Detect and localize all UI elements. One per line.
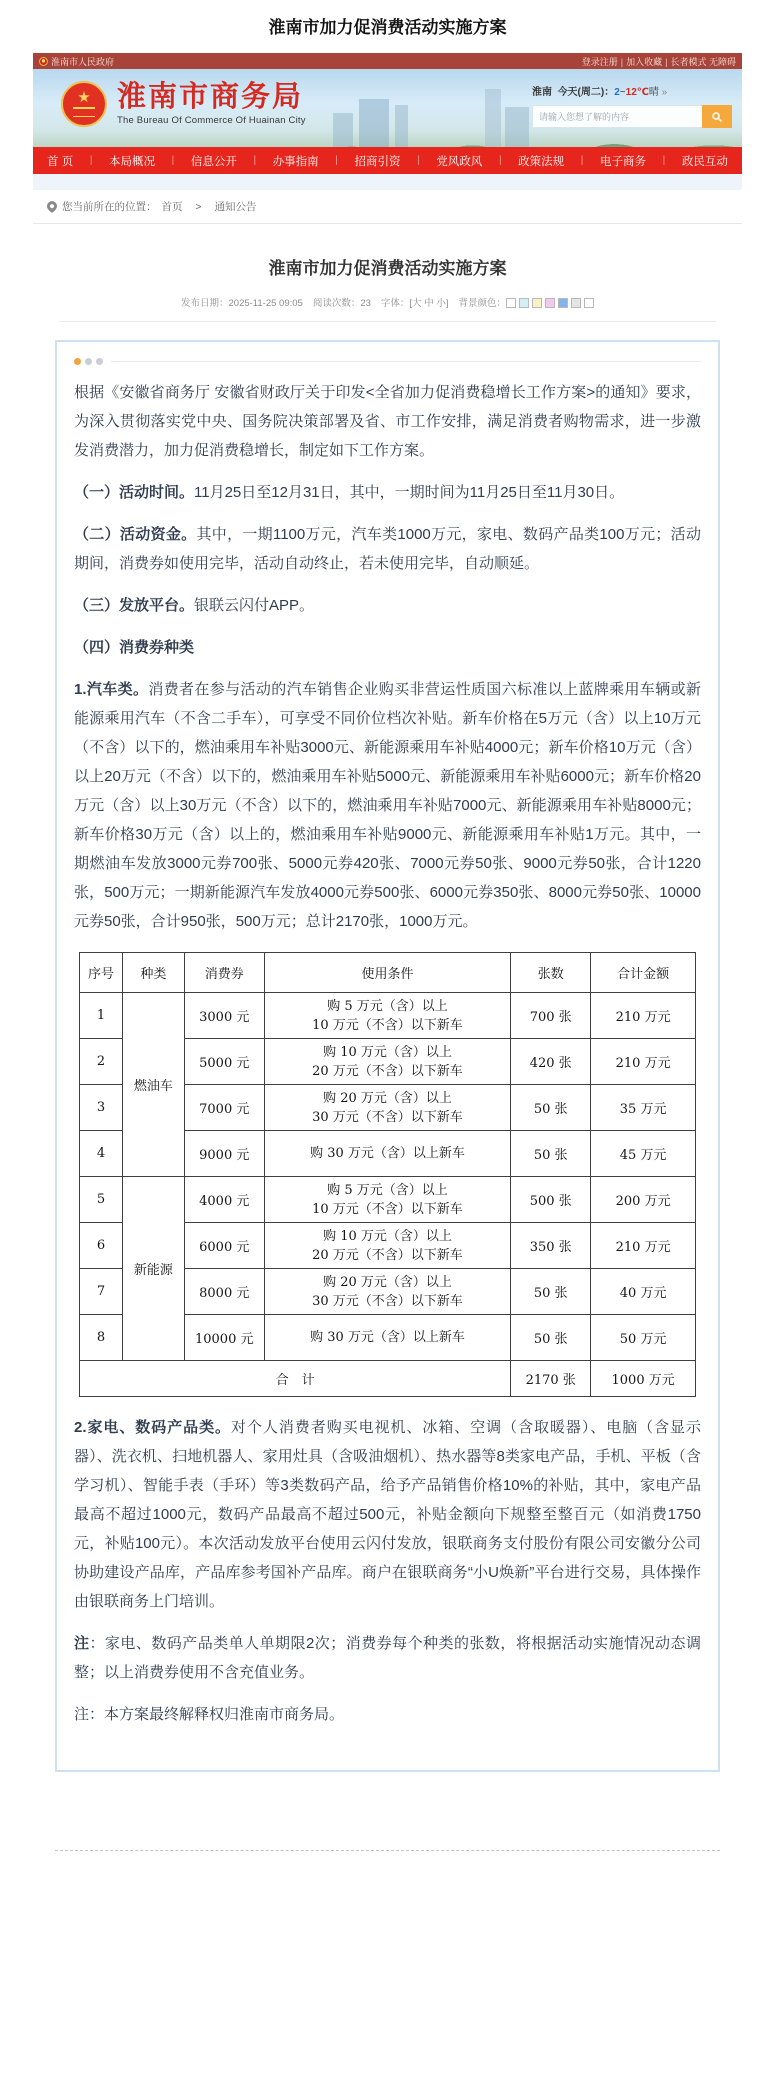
site-container: 淮南市人民政府 登录注册|加入收藏|长者模式 无障碍 ★ 淮南市商务局 The …	[33, 53, 742, 1884]
paragraph-lead: （三）发放平台。	[74, 597, 194, 614]
nav-separator: |	[172, 155, 175, 166]
col-header-condition: 使用条件	[264, 953, 510, 993]
article-content-box: 根据《安徽省商务厅 安徽省财政厅关于印发<全省加力促消费稳增长工作方案>的通知》…	[55, 340, 720, 1772]
cell-no: 8	[80, 1315, 123, 1361]
nav-item-party-conduct[interactable]: 党风政风	[432, 153, 486, 169]
bg-color-swatch[interactable]	[532, 298, 542, 308]
breadcrumb-current[interactable]: 通知公告	[214, 199, 256, 214]
national-emblem-icon: ★	[61, 81, 107, 127]
cell-no: 1	[80, 993, 123, 1039]
cell-count: 50 张	[511, 1085, 591, 1131]
topbar: 淮南市人民政府 登录注册|加入收藏|长者模式 无障碍	[33, 53, 742, 69]
nav-separator: |	[417, 155, 420, 166]
col-header-amount: 合计金额	[591, 953, 696, 993]
cell-count: 50 张	[511, 1269, 591, 1315]
breadcrumb-separator: >	[195, 201, 201, 213]
paragraph-section-4: （四）消费券种类	[74, 633, 701, 662]
nav-item-ecommerce[interactable]: 电子商务	[596, 153, 650, 169]
article-card: 您当前所在的位置：首页 > 通知公告 淮南市加力促消费活动实施方案 发布日期：2…	[33, 190, 742, 1806]
paragraph-lead: （二）活动资金。	[74, 526, 196, 543]
weather-more-arrow[interactable]: »	[662, 87, 668, 98]
bg-color-swatches	[506, 298, 594, 308]
nav-separator: |	[663, 155, 666, 166]
cell-condition: 购 30 万元（含）以上新车	[264, 1315, 510, 1361]
search-input[interactable]	[532, 105, 702, 128]
breadcrumb-home[interactable]: 首页	[162, 199, 183, 214]
bg-color-swatch[interactable]	[571, 298, 581, 308]
footer-dashed-divider	[55, 1850, 720, 1884]
cell-count: 500 张	[511, 1177, 591, 1223]
cell-condition: 购 5 万元（含）以上10 万元（不含）以下新车	[264, 993, 510, 1039]
cell-condition: 购 20 万元（含）以上30 万元（不含）以下新车	[264, 1085, 510, 1131]
table-total-row: 合 计 2170 张 1000 万元	[80, 1361, 696, 1397]
paragraph-lead: 2.家电、数码产品类。	[74, 1419, 231, 1436]
cell-coupon: 3000 元	[184, 993, 264, 1039]
bg-color-swatch[interactable]	[558, 298, 568, 308]
col-header-count: 张数	[511, 953, 591, 993]
weather-label: 今天(周二)：	[558, 87, 615, 98]
font-size-label: 字体：	[381, 298, 410, 309]
cell-no: 2	[80, 1039, 123, 1085]
weather-high-temp: 12℃	[626, 87, 649, 98]
col-header-no: 序号	[80, 953, 123, 993]
search-icon	[711, 111, 723, 123]
paragraph-intro: 根据《安徽省商务厅 安徽省财政厅关于印发<全省加力促消费稳增长工作方案>的通知》…	[74, 378, 701, 465]
page-title: 淮南市加力促消费活动实施方案	[0, 0, 775, 53]
view-count: 23	[360, 298, 371, 309]
cell-no: 4	[80, 1131, 123, 1177]
bg-color-label: 背景颜色：	[458, 298, 506, 309]
bg-color-swatch[interactable]	[584, 298, 594, 308]
nav-separator: |	[90, 155, 93, 166]
cell-condition: 购 30 万元（含）以上新车	[264, 1131, 510, 1177]
paragraph-lead: （四）消费券种类	[74, 639, 194, 656]
cell-amount: 35 万元	[591, 1085, 696, 1131]
paragraph-auto-category: 1.汽车类。消费者在参与活动的汽车销售企业购买非营运性质国六标准以上蓝牌乘用车辆…	[74, 675, 701, 936]
nav-separator: |	[253, 155, 256, 166]
weather-condition: 晴	[649, 87, 659, 98]
paragraph-lead: （一）活动时间。	[74, 484, 194, 501]
site-name-english: The Bureau Of Commerce Of Huainan City	[117, 115, 306, 126]
login-register-link[interactable]: 登录注册	[582, 57, 618, 67]
search-button[interactable]	[702, 105, 732, 128]
coupon-table: 序号 种类 消费券 使用条件 张数 合计金额 1 燃油车 3000 元	[79, 952, 696, 1397]
cell-amount: 50 万元	[591, 1315, 696, 1361]
dot-gray	[85, 358, 92, 365]
breadcrumb-prefix: 您当前所在的位置：	[62, 199, 157, 214]
cell-count: 350 张	[511, 1223, 591, 1269]
table-row: 1 燃油车 3000 元 购 5 万元（含）以上10 万元（不含）以下新车 70…	[80, 993, 696, 1039]
col-header-category: 种类	[123, 953, 185, 993]
cell-coupon: 6000 元	[184, 1223, 264, 1269]
paragraph-text: ：家电、数码产品类单人单期限2次；消费券每个种类的张数，将根据活动实施情况动态调…	[74, 1635, 701, 1681]
site-name: 淮南市商务局	[117, 82, 306, 112]
main-nav: 首 页| 本局概况| 信息公开| 办事指南| 招商引资| 党风政风| 政策法规|…	[33, 147, 742, 174]
paragraph-text: 对个人消费者购买电视机、冰箱、空调（含取暖器）、电脑（含显示器）、洗衣机、扫地机…	[74, 1419, 701, 1610]
cell-condition: 购 5 万元（含）以上10 万元（不含）以下新车	[264, 1177, 510, 1223]
publish-date: 2025-11-25 09:05	[229, 298, 303, 309]
site-banner: ★ 淮南市商务局 The Bureau Of Commerce Of Huain…	[33, 69, 742, 147]
article-meta: 发布日期：2025-11-25 09:05 阅读次数：23 字体：[大 中 小]…	[33, 295, 742, 309]
cell-count: 700 张	[511, 993, 591, 1039]
mini-emblem-icon	[39, 57, 48, 66]
dot-orange	[74, 358, 81, 365]
divider	[59, 321, 716, 322]
nav-separator: |	[499, 155, 502, 166]
cell-count: 50 张	[511, 1315, 591, 1361]
nav-separator: |	[581, 155, 584, 166]
favorite-link[interactable]: 加入收藏	[626, 57, 662, 67]
cell-category-newenergy: 新能源	[123, 1177, 185, 1361]
paragraph-text: 11月25日至12月31日，其中，一期时间为11月25日至11月30日。	[194, 484, 624, 501]
cell-coupon: 10000 元	[184, 1315, 264, 1361]
cell-amount: 200 万元	[591, 1177, 696, 1223]
paragraph-note-2: 注：本方案最终解释权归淮南市商务局。	[74, 1700, 701, 1729]
paragraph-lead: 1.汽车类。	[74, 681, 148, 698]
cell-total-label: 合 计	[80, 1361, 511, 1397]
location-pin-icon	[47, 201, 57, 213]
cell-condition: 购 10 万元（含）以上20 万元（不含）以下新车	[264, 1223, 510, 1269]
weather-widget[interactable]: 淮南 今天(周二)：2~12℃晴 »	[532, 83, 732, 98]
topbar-separator: |	[621, 57, 623, 67]
cell-coupon: 7000 元	[184, 1085, 264, 1131]
search-box	[532, 105, 732, 128]
decoration-line	[111, 361, 701, 362]
gov-portal-link[interactable]: 淮南市人民政府	[51, 55, 114, 68]
cell-total-count: 2170 张	[511, 1361, 591, 1397]
breadcrumb: 您当前所在的位置：首页 > 通知公告	[33, 190, 742, 224]
paragraph-appliance-category: 2.家电、数码产品类。对个人消费者购买电视机、冰箱、空调（含取暖器）、电脑（含显…	[74, 1413, 701, 1616]
cell-coupon: 8000 元	[184, 1269, 264, 1315]
cell-amount: 210 万元	[591, 1223, 696, 1269]
paragraph-section-2: （二）活动资金。其中，一期1100万元，汽车类1000万元，家电、数码产品类10…	[74, 520, 701, 578]
paragraph-text: 消费者在参与活动的汽车销售企业购买非营运性质国六标准以上蓝牌乘用车辆或新能源乘用…	[74, 681, 701, 930]
bg-color-swatch[interactable]	[519, 298, 529, 308]
cell-amount: 210 万元	[591, 1039, 696, 1085]
publish-date-label: 发布日期：	[181, 298, 229, 309]
cell-coupon: 5000 元	[184, 1039, 264, 1085]
bg-color-swatch[interactable]	[545, 298, 555, 308]
nav-item-home[interactable]: 首 页	[43, 153, 77, 169]
table-row: 5 新能源 4000 元 购 5 万元（含）以上10 万元（不含）以下新车 50…	[80, 1177, 696, 1223]
footer	[33, 1806, 742, 1884]
nav-item-investment[interactable]: 招商引资	[351, 153, 405, 169]
nav-item-policies[interactable]: 政策法规	[514, 153, 568, 169]
paragraph-note-1: 注：家电、数码产品类单人单期限2次；消费券每个种类的张数，将根据活动实施情况动态…	[74, 1629, 701, 1687]
topbar-separator: |	[665, 57, 667, 67]
cell-no: 3	[80, 1085, 123, 1131]
cell-amount: 210 万元	[591, 993, 696, 1039]
cell-amount: 40 万元	[591, 1269, 696, 1315]
site-brand: ★ 淮南市商务局 The Bureau Of Commerce Of Huain…	[61, 81, 306, 127]
weather-city: 淮南	[532, 87, 552, 98]
cell-total-amount: 1000 万元	[591, 1361, 696, 1397]
article-title: 淮南市加力促消费活动实施方案	[53, 254, 722, 279]
nav-item-service-guide[interactable]: 办事指南	[269, 153, 323, 169]
cell-count: 50 张	[511, 1131, 591, 1177]
cell-no: 5	[80, 1177, 123, 1223]
cell-condition: 购 10 万元（含）以上20 万元（不含）以下新车	[264, 1039, 510, 1085]
page-body: 您当前所在的位置：首页 > 通知公告 淮南市加力促消费活动实施方案 发布日期：2…	[33, 174, 742, 1806]
dots-decoration	[74, 358, 701, 365]
paragraph-section-3: （三）发放平台。银联云闪付APP。	[74, 591, 701, 620]
paragraph-lead: 注	[74, 1635, 89, 1652]
nav-separator: |	[335, 155, 338, 166]
dot-gray	[96, 358, 103, 365]
table-header-row: 序号 种类 消费券 使用条件 张数 合计金额	[80, 953, 696, 993]
accessibility-link[interactable]: 长者模式 无障碍	[670, 57, 736, 67]
cell-no: 6	[80, 1223, 123, 1269]
cell-coupon: 9000 元	[184, 1131, 264, 1177]
cell-category-fuel: 燃油车	[123, 993, 185, 1177]
view-count-label: 阅读次数：	[313, 298, 361, 309]
cell-condition: 购 20 万元（含）以上30 万元（不含）以下新车	[264, 1269, 510, 1315]
greenery-decoration	[33, 129, 742, 147]
font-size-options[interactable]: [大 中 小]	[409, 298, 448, 309]
paragraph-section-1: （一）活动时间。11月25日至12月31日，其中，一期时间为11月25日至11月…	[74, 478, 701, 507]
cell-no: 7	[80, 1269, 123, 1315]
nav-item-info-disclosure[interactable]: 信息公开	[187, 153, 241, 169]
cell-count: 420 张	[511, 1039, 591, 1085]
paragraph-text: 银联云闪付APP。	[194, 597, 314, 614]
nav-item-interaction[interactable]: 政民互动	[678, 153, 732, 169]
nav-item-overview[interactable]: 本局概况	[105, 153, 159, 169]
col-header-coupon: 消费券	[184, 953, 264, 993]
paragraph-text: 根据《安徽省商务厅 安徽省财政厅关于印发<全省加力促消费稳增长工作方案>的通知》…	[74, 384, 701, 459]
cell-coupon: 4000 元	[184, 1177, 264, 1223]
bg-color-swatch[interactable]	[506, 298, 516, 308]
paragraph-text: 注：本方案最终解释权归淮南市商务局。	[74, 1706, 344, 1723]
cell-amount: 45 万元	[591, 1131, 696, 1177]
